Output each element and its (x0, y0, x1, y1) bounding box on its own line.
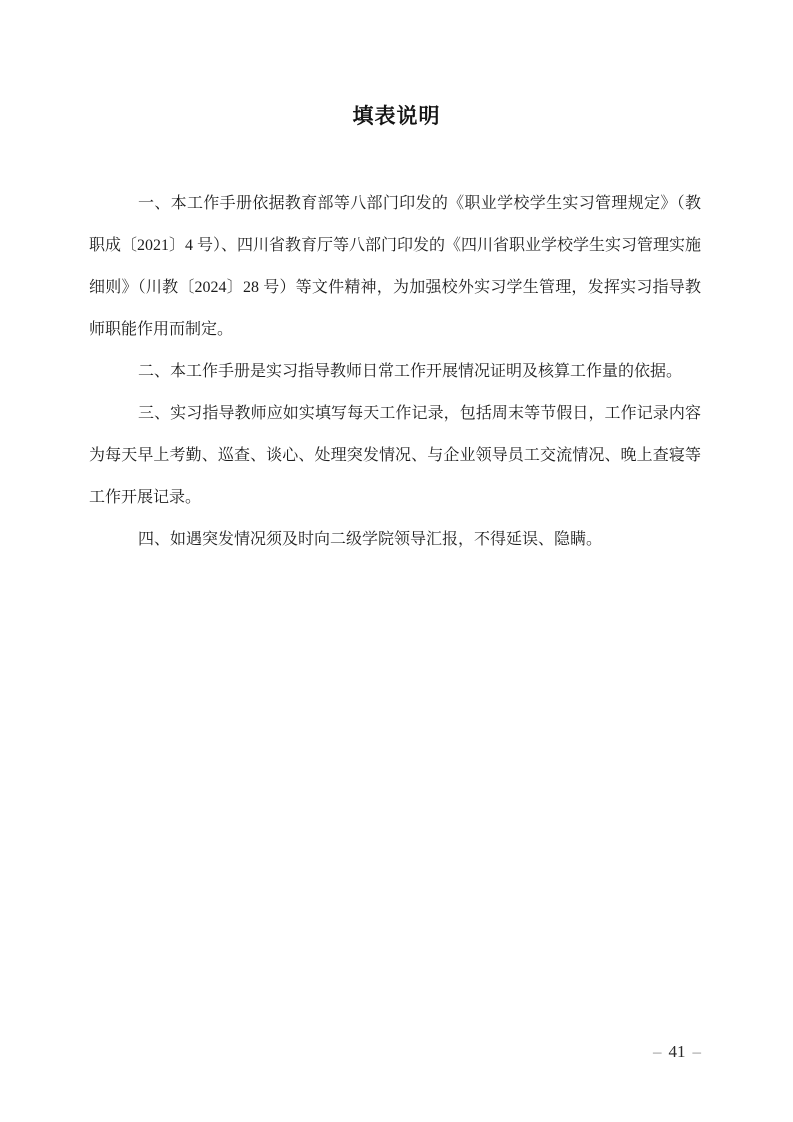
paragraph-purpose: 二、本工作手册是实习指导教师日常工作开展情况证明及核算工作量的依据。 (89, 351, 701, 393)
footer-dash-right: – (693, 1042, 702, 1062)
page-title: 填表说明 (0, 100, 793, 130)
footer-page-number: 41 (669, 1042, 686, 1062)
document-body: 一、本工作手册依据教育部等八部门印发的《职业学校学生实习管理规定》（教职成〔20… (89, 183, 701, 561)
paragraph-emergency-report: 四、如遇突发情况须及时向二级学院领导汇报，不得延误、隐瞒。 (89, 519, 701, 561)
paragraph-record-requirements: 三、实习指导教师应如实填写每天工作记录，包括周末等节假日，工作记录内容为每天早上… (89, 393, 701, 519)
page-number: – 41 – (653, 1042, 701, 1062)
paragraph-basis: 一、本工作手册依据教育部等八部门印发的《职业学校学生实习管理规定》（教职成〔20… (89, 183, 701, 351)
footer-dash-left: – (653, 1042, 662, 1062)
document-page: 填表说明 一、本工作手册依据教育部等八部门印发的《职业学校学生实习管理规定》（教… (0, 0, 793, 1122)
